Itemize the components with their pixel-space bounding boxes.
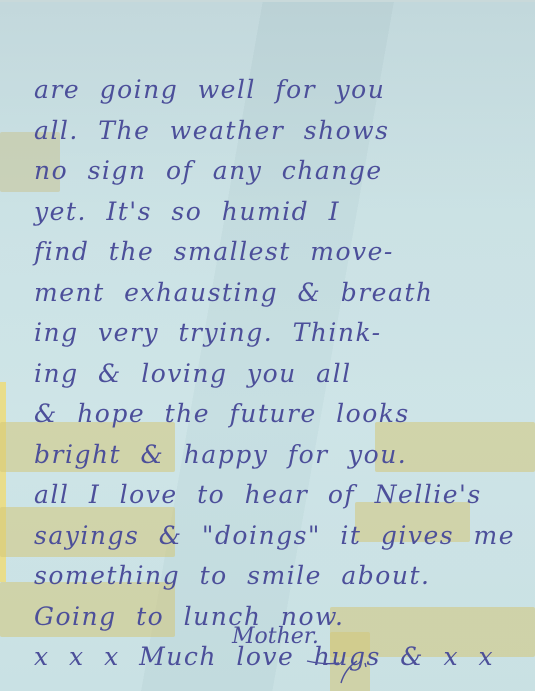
- letter-line: ing & loving you all: [34, 354, 524, 395]
- letter-line: something to smile about.: [34, 556, 524, 597]
- letter-line: are going well for you: [34, 70, 524, 111]
- letter-line: no sign of any change: [34, 151, 524, 192]
- letter-line: yet. It's so humid I: [34, 192, 524, 233]
- letter-body: are going well for you all. The weather …: [34, 70, 524, 678]
- signature-flourish-icon: [305, 657, 375, 687]
- letter-page: are going well for you all. The weather …: [0, 2, 535, 691]
- letter-line: find the smallest move-: [34, 232, 524, 273]
- letter-line: all I love to hear of Nellie's: [34, 475, 524, 516]
- letter-line: all. The weather shows: [34, 111, 524, 152]
- letter-line: sayings & "doings" it gives me: [34, 516, 524, 557]
- letter-line: & hope the future looks: [34, 394, 524, 435]
- letter-line: ing very trying. Think-: [34, 313, 524, 354]
- signature: Mother.: [232, 624, 319, 649]
- letter-line: ment exhausting & breath: [34, 273, 524, 314]
- letter-line: bright & happy for you.: [34, 435, 524, 476]
